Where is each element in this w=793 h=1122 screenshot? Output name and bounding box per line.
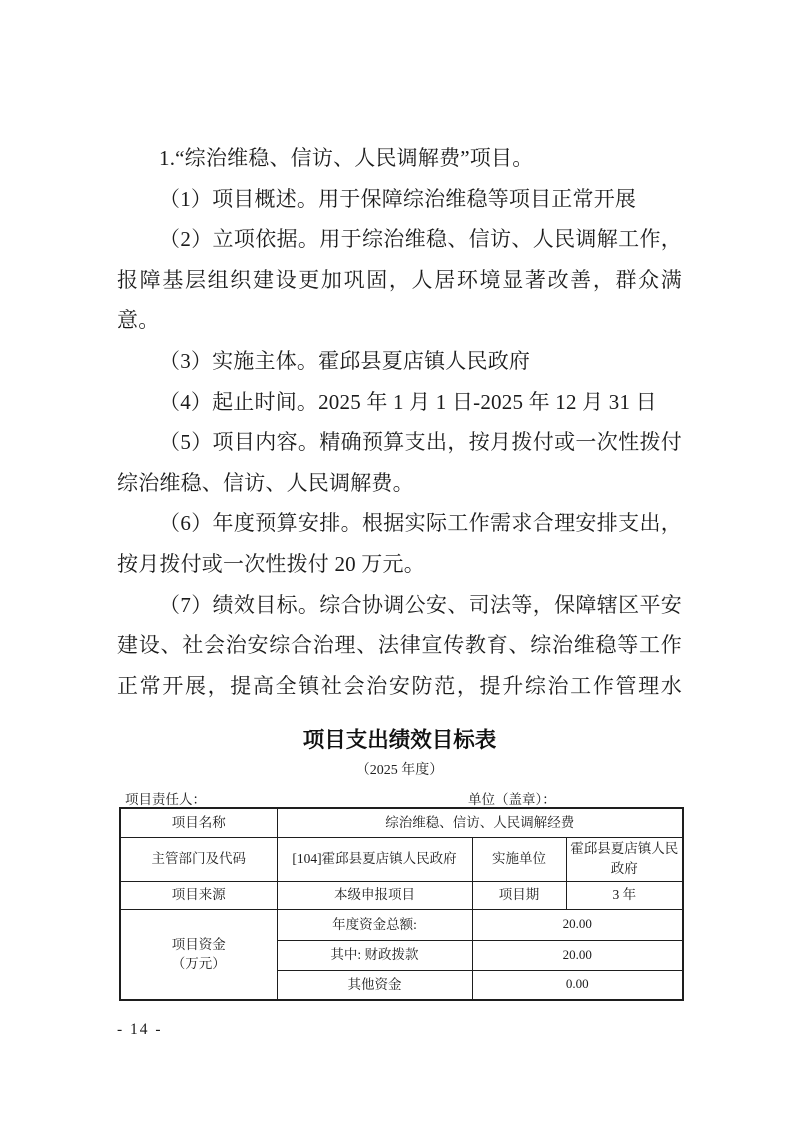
- cell-source-value: 本级申报项目: [277, 881, 472, 909]
- unit-seal-label: 单位（盖章）：: [468, 788, 556, 808]
- cell-project-name-value: 综治维稳、信访、人民调解经费: [277, 808, 683, 837]
- cell-fund-total-value: 20.00: [472, 909, 683, 940]
- table-row-fund-total: 项目资金 （万元） 年度资金总额: 20.00: [120, 909, 683, 940]
- paragraph-project-content: （5）项目内容。精确预算支出，按月拨付或一次性拨付综治维稳、信访、人民调解费。: [117, 422, 682, 503]
- cell-source-label: 项目来源: [120, 881, 277, 909]
- table-row-project-name: 项目名称 综治维稳、信访、人民调解经费: [120, 808, 683, 837]
- responsible-person-label: 项目责任人：: [125, 788, 206, 808]
- paragraph-project-overview: （1）项目概述。用于保障综治维稳等项目正常开展: [117, 179, 682, 220]
- cell-impl-unit-value: 霍邱县夏店镇人民政府: [566, 837, 683, 881]
- table-title: 项目支出绩效目标表: [117, 727, 682, 753]
- paragraph-time-span: （4）起止时间。2025 年 1 月 1 日-2025 年 12 月 31 日: [117, 382, 682, 423]
- paragraph-annual-budget: （6）年度预算安排。根据实际工作需求合理安排支出，按月拨付或一次性拨付 20 万…: [117, 503, 682, 584]
- cell-impl-unit-label: 实施单位: [472, 837, 566, 881]
- cell-department-value: [104]霍邱县夏店镇人民政府: [277, 837, 472, 881]
- page-number: - 14 -: [117, 1021, 163, 1039]
- paragraph-project-heading: 1.“综治维稳、信访、人民调解费”项目。: [117, 138, 682, 179]
- project-fund-label-line2: （万元）: [123, 954, 275, 974]
- table-row-department: 主管部门及代码 [104]霍邱县夏店镇人民政府 实施单位 霍邱县夏店镇人民政府: [120, 837, 683, 881]
- paragraph-implementing-body: （3）实施主体。霍邱县夏店镇人民政府: [117, 341, 682, 382]
- cell-fund-total-label: 年度资金总额:: [277, 909, 472, 940]
- performance-target-table: 项目名称 综治维稳、信访、人民调解经费 主管部门及代码 [104]霍邱县夏店镇人…: [119, 807, 684, 1001]
- body-text-block: 1.“综治维稳、信访、人民调解费”项目。 （1）项目概述。用于保障综治维稳等项目…: [117, 0, 682, 706]
- cell-project-fund-label: 项目资金 （万元）: [120, 909, 277, 1000]
- page-content: 1.“综治维稳、信访、人民调解费”项目。 （1）项目概述。用于保障综治维稳等项目…: [117, 0, 682, 1001]
- project-fund-label-line1: 项目资金: [123, 935, 275, 955]
- document-page: 1.“综治维稳、信访、人民调解费”项目。 （1）项目概述。用于保障综治维稳等项目…: [0, 0, 793, 1122]
- cell-fund-fiscal-label: 其中: 财政拨款: [277, 940, 472, 970]
- table-subtitle-year: （2025 年度）: [117, 762, 682, 780]
- cell-fund-fiscal-value: 20.00: [472, 940, 683, 970]
- cell-period-value: 3 年: [566, 881, 683, 909]
- paragraph-project-basis: （2）立项依据。用于综治维稳、信访、人民调解工作，报障基层组织建设更加巩固，人居…: [117, 219, 682, 341]
- cell-project-name-label: 项目名称: [120, 808, 277, 837]
- table-row-source: 项目来源 本级申报项目 项目期 3 年: [120, 881, 683, 909]
- cell-fund-other-label: 其他资金: [277, 970, 472, 1000]
- cell-fund-other-value: 0.00: [472, 970, 683, 1000]
- cell-period-label: 项目期: [472, 881, 566, 909]
- signature-line: 项目责任人： 单位（盖章）：: [117, 786, 682, 807]
- cell-department-label: 主管部门及代码: [120, 837, 277, 881]
- paragraph-performance-goal: （7）绩效目标。综合协调公安、司法等，保障辖区平安建设、社会治安综合治理、法律宣…: [117, 585, 682, 706]
